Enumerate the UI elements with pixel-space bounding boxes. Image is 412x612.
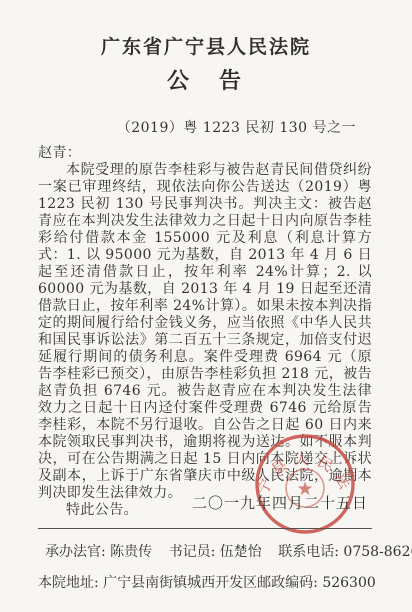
footer-divider: [38, 528, 372, 529]
notice-title: 公 告: [0, 64, 412, 95]
contact-phone: 联系电话: 0758-8626261: [278, 544, 412, 560]
official-court-seal-icon: 广宁县人民法院 ★: [253, 432, 357, 536]
court-name: 广东省广宁县人民法院: [0, 0, 412, 59]
court-address: 本院地址: 广宁县南街镇城西开发区: [38, 572, 257, 592]
court-notice-page: 广东省广宁县人民法院 公 告 （2019）粤 1223 民初 130 号之一 赵…: [0, 0, 412, 612]
issue-date: 二〇一九年四月二十五日: [192, 492, 368, 513]
postal-code: 邮政编码: 526300: [257, 572, 376, 592]
footer-contacts: 承办法官: 陈贵传 书记员: 伍楚怡 联系电话: 0758-8626261: [45, 541, 382, 561]
clerk-name: 书记员: 伍楚怡: [169, 544, 262, 560]
judge-name: 承办法官: 陈贵传: [45, 544, 152, 560]
case-number: （2019）粤 1223 民初 130 号之一: [0, 117, 412, 137]
footer-address-row: 本院地址: 广宁县南街镇城西开发区 邮政编码: 526300: [38, 572, 366, 592]
recipient-line: 赵青：: [38, 145, 372, 162]
